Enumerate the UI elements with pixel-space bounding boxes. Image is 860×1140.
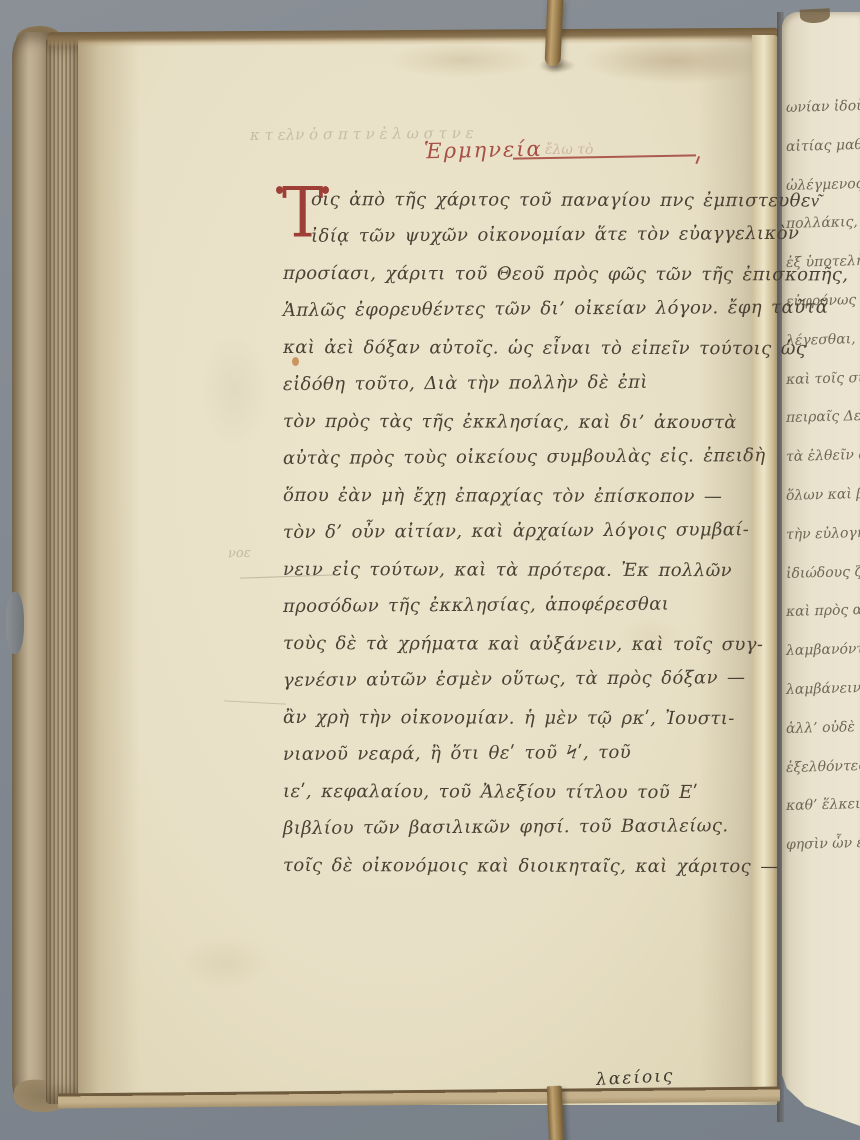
bookmark-stick-top — [544, 0, 563, 66]
recto-text-line: φησὶν ὧν εἰ πάντ — [786, 824, 860, 865]
manuscript-line: προσίασι, χάριτι τοῦ Θεοῦ πρὸς φῶς τῶν τ… — [283, 255, 743, 293]
manuscript-line: καὶ ἀεὶ δόξαν αὐτοῖς. ὡς εἶναι τὸ εἰπεῖν… — [283, 329, 743, 367]
recto-text-line: καὶ πρὸς αὐτοῦ ἔτι — [786, 591, 860, 632]
bookmark-stick-bottom — [547, 1086, 565, 1140]
book-clasp-remnant — [6, 592, 24, 654]
manuscript-line: προσόδων τῆς ἐκκλησίας, ἀποφέρεσθαι — [283, 585, 743, 625]
recto-text-line: ἐξελθόντες τὴν χρὴ — [786, 747, 860, 788]
manuscript-line: βιβλίου τῶν βασιλικῶν φησί. τοῦ Βασιλείω… — [283, 807, 743, 847]
manuscript-line: αὐτὰς πρὸς τοὺς οἰκείους συμβουλὰς εἰς. … — [283, 437, 743, 477]
recto-text-line: καθ’ ἕλκειν τὴν, πα — [786, 785, 860, 826]
manuscript-line: οις ἀπὸ τῆς χάριτος τοῦ παναγίου πνς ἐμπ… — [283, 181, 743, 219]
manuscript-line: Ἁπλῶς ἐφορευθέντες τῶν δι’ οἰκείαν λόγον… — [283, 289, 743, 329]
manuscript-line: εἰδόθη τοῦτο, Διὰ τὴν πολλὴν δὲ ἐπὶ — [283, 363, 743, 403]
margin-ghost-note: νοε — [228, 546, 251, 562]
recto-text-line: ὅλων καὶ βιβλίου Γ — [786, 475, 860, 516]
manuscript-line: τοὺς δὲ τὰ χρήματα καὶ αὐξάνειν, καὶ τοῖ… — [283, 625, 743, 663]
manuscript-line: ιεʹ, κεφαλαίου, τοῦ Ἀλεξίου τίτλου τοῦ Ε… — [283, 773, 743, 811]
water-stain — [388, 42, 538, 78]
manuscript-line: νειν εἰς τούτων, καὶ τὰ πρότερα. Ἐκ πολλ… — [283, 551, 743, 589]
manuscript-line: ὅπου ἐὰν μὴ ἔχῃ ἐπαρχίας τὸν ἐπίσκοπον — — [283, 477, 743, 515]
recto-text-line: πειραῖς Δεσπότου ε — [786, 397, 860, 438]
show-through-smudge — [200, 330, 270, 450]
recto-text-line: λαμβάνειν, καὶ δι’ ὅ — [786, 669, 860, 710]
recto-text-line: ωνίαν ἰδοὺ τοῦ σὺ τ — [786, 87, 860, 128]
manuscript-line: τοῖς δὲ οἰκονόμοις καὶ διοικηταῖς, καὶ χ… — [283, 847, 743, 885]
recto-text-line: αἰτίας μαθεῖν καὶ πά — [786, 126, 860, 167]
foxing-stain — [178, 935, 273, 990]
recto-text-line: ἀλλ’ οὐδὲ τοῦ ζῶα — [786, 708, 860, 749]
manuscript-line: νιανοῦ νεαρά, ἢ ὅτι θεʹ τοῦ Ϟʹ, τοῦ — [283, 733, 743, 773]
recto-text-line: τὰ ἐλθεῖν αἱ ποιναὶ — [786, 436, 860, 477]
page-edge-stack — [46, 38, 79, 1104]
recto-text-line: τὴν εὐλογῆς λόγος, μ — [786, 514, 860, 555]
recto-text-line: ἰδιώδους ζῆν, τὰ — [786, 553, 860, 594]
recto-text-line: καὶ τοῖς συμβαίνουσι — [786, 359, 860, 400]
manuscript-line: τὸν δ’ οὖν αἰτίαν, καὶ ἀρχαίων λόγοις συ… — [283, 511, 743, 551]
manuscript-line: τὸν πρὸς τὰς τῆς ἐκκλησίας, καὶ δι’ ἀκου… — [283, 403, 743, 441]
page-left-curve-shade — [78, 33, 140, 1105]
recto-text-line: λαμβανόντων, κ — [786, 630, 860, 671]
catchword: λαείοις — [596, 1066, 675, 1090]
manuscript-line: γενέσιν αὐτῶν ἐσμὲν οὕτως, τὰ πρὸς δόξαν… — [283, 659, 743, 699]
manuscript-text-block: οις ἀπὸ τῆς χάριτος τοῦ παναγίου πνς ἐμπ… — [283, 181, 743, 884]
manuscript-line: ἰδίᾳ τῶν ψυχῶν οἰκονομίαν ἅτε τὸν εὐαγγε… — [283, 215, 743, 255]
book-spine-cover — [12, 32, 50, 1110]
manuscript-line: ἂν χρὴ τὴν οἰκονομίαν. ἡ μὲν τῷ ρκʹ, Ἰου… — [283, 699, 743, 737]
